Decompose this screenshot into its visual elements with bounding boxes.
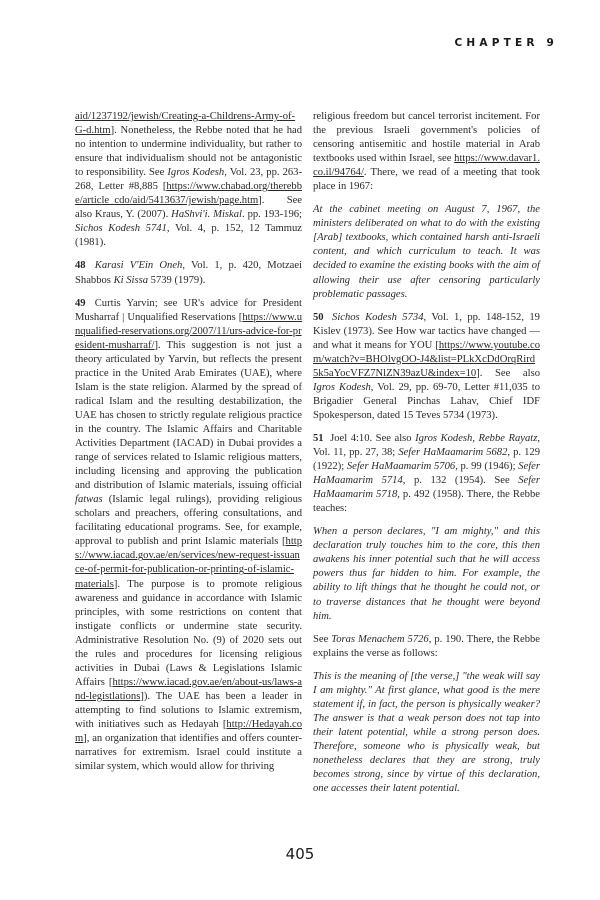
footnote-49-continuation: religious freedom but cancel terrorist i… [313,110,540,194]
footnote-number: 48 [75,260,86,271]
left-column: aid/1237192/jewish/Creating-a-Childrens-… [75,110,302,783]
footnote-48: 48 Karasi V'Ein Oneh, Vol. 1, p. 420, Mo… [75,259,302,287]
footnote-50: 50 Sichos Kodesh 5734, Vol. 1, pp. 148-1… [313,311,540,423]
footnote-49: 49 Curtis Yarvin; see UR's advice for Pr… [75,297,302,775]
footnote-51: 51 Joel 4:10. See also Igros Kodesh, Reb… [313,432,540,516]
toras-menachem-reference: See Toras Menachem 5726, p. 190. There, … [313,633,540,661]
block-quote-weak-will-say: This is the meaning of [the verse,] "the… [313,670,540,796]
footnote-47-continuation: aid/1237192/jewish/Creating-a-Childrens-… [75,110,302,250]
block-quote-cabinet-meeting: At the cabinet meeting on August 7, 1967… [313,203,540,301]
footnote-number: 50 [313,312,324,323]
footnote-number: 49 [75,298,86,309]
page-number: 405 [0,845,600,863]
right-column: religious freedom but cancel terrorist i… [313,110,540,805]
running-head-chapter: CHAPTER 9 [455,37,559,49]
block-quote-i-am-mighty: When a person declares, "I am mighty," a… [313,525,540,623]
footnote-number: 51 [313,433,324,444]
